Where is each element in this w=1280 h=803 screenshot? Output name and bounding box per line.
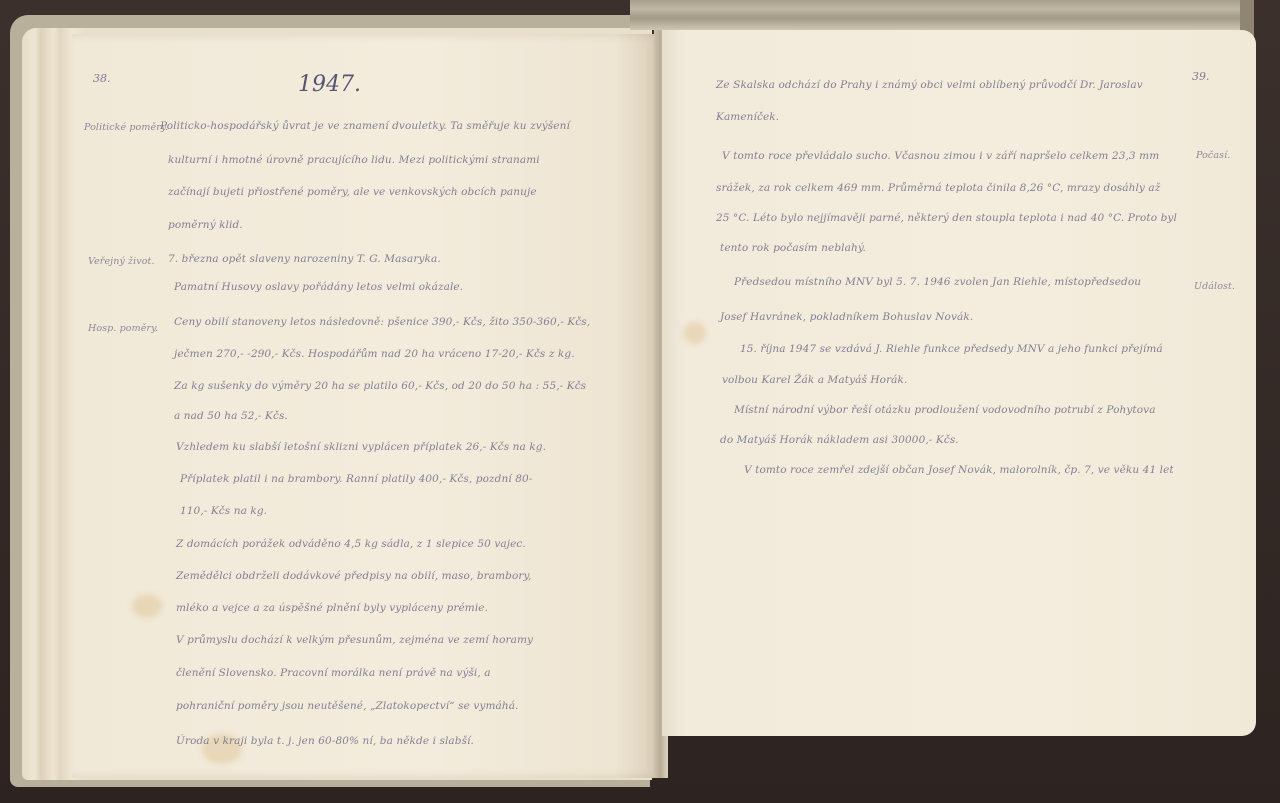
margin-label: Veřejný život. xyxy=(88,256,155,267)
text-line: Příplatek platil i na brambory. Ranní pl… xyxy=(180,473,532,485)
text-line: a nad 50 ha 52,- Kčs. xyxy=(174,410,288,422)
text-line: Politicko-hospodářský ůvrat je ve znamen… xyxy=(160,120,570,132)
text-line: poměrný klid. xyxy=(168,219,243,231)
text-line: mléko a vejce a za úspěšné plnění byly v… xyxy=(176,602,488,614)
text-line: Z domácích porážek odváděno 4,5 kg sádla… xyxy=(176,538,526,550)
text-line: Zemědělci obdrželi dodávkové předpisy na… xyxy=(176,570,532,582)
text-line: členění Slovensko. Pracovní morálka není… xyxy=(176,667,491,679)
paper-stain xyxy=(684,322,706,344)
text-line: tento rok počasím neblahý. xyxy=(720,242,866,254)
text-line: 15. října 1947 se vzdává J. Riehle funkc… xyxy=(740,343,1163,355)
text-line: Ze Skalska odchází do Prahy i známý obci… xyxy=(716,79,1143,91)
right-page-number: 39. xyxy=(1192,70,1210,83)
text-line: Vzhledem ku slabší letošní sklizni vyplá… xyxy=(176,441,546,453)
text-line: 110,- Kčs na kg. xyxy=(180,505,267,517)
text-line: Úroda v kraji byla t. j. jen 60-80% ní, … xyxy=(176,735,474,747)
text-line: volbou Karel Žák a Matyáš Horák. xyxy=(722,374,907,386)
text-line: Místní národní výbor řeší otázku prodlou… xyxy=(734,404,1156,416)
text-line: Ceny obilí stanoveny letos následovně: p… xyxy=(174,316,590,328)
text-line: Za kg sušenky do výměry 20 ha se platilo… xyxy=(174,380,586,392)
text-line: Předsedou místního MNV byl 5. 7. 1946 zv… xyxy=(734,276,1141,288)
margin-label: Počasí. xyxy=(1196,150,1230,161)
text-line: 25 °C. Léto bylo nejjímavěji parné, někt… xyxy=(716,212,1177,224)
text-line: V tomto roce zemřel zdejší občan Josef N… xyxy=(744,464,1174,476)
left-page-number: 38. xyxy=(93,72,111,85)
year-heading: 1947. xyxy=(298,72,361,97)
text-line: Kameníček. xyxy=(716,111,779,123)
text-line: Pamatní Husovy oslavy pořádány letos vel… xyxy=(174,281,463,293)
text-line: V tomto roce převládalo sucho. Včasnou z… xyxy=(722,150,1159,162)
margin-label: Událost. xyxy=(1194,281,1235,292)
text-line: srážek, za rok celkem 469 mm. Průměrná t… xyxy=(716,182,1160,194)
text-line: začínají bujeti přiostřené poměry, ale v… xyxy=(168,186,537,198)
margin-label: Hosp. poměry. xyxy=(88,323,158,334)
text-line: kulturní i hmotné úrovně pracujícího lid… xyxy=(168,154,540,166)
text-line: do Matyáš Horák nákladem asi 30000,- Kčs… xyxy=(720,434,959,446)
text-line: Josef Havránek, pokladníkem Bohuslav Nov… xyxy=(720,311,973,323)
right-page-stack-top xyxy=(630,0,1250,30)
paper-stain xyxy=(132,594,162,618)
text-line: 7. března opět slaveny narozeniny T. G. … xyxy=(168,253,441,265)
text-line: ječmen 270,- -290,- Kčs. Hospodářům nad … xyxy=(174,348,575,360)
margin-label: Politické poměry. xyxy=(84,122,168,133)
text-line: V průmyslu dochází k velkým přesunům, ze… xyxy=(176,634,533,646)
text-line: pohraniční poměry jsou neutěšené, „Zlato… xyxy=(176,700,519,712)
